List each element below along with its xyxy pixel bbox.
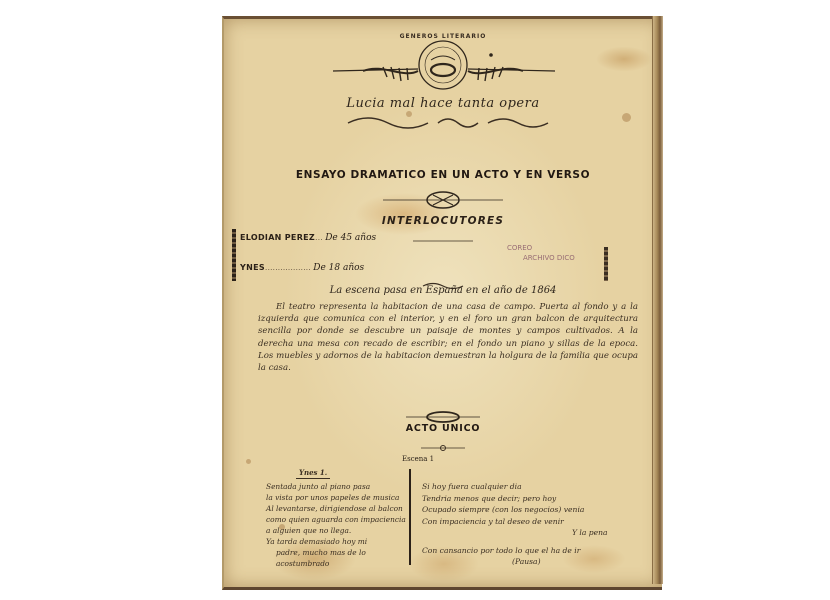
- cast-name: ELODIAN PEREZ: [240, 233, 315, 242]
- document-viewer: GENEROS LITERARIO Lucia mal hace tanta o…: [0, 0, 830, 600]
- cast-name: YNES: [240, 263, 265, 272]
- motto-text: Lucia mal hace tanta opera: [224, 96, 662, 111]
- cast-bracket: [232, 229, 236, 281]
- cast-age: De 18 años: [313, 263, 364, 273]
- ornamental-seal-icon: GENEROS LITERARIO: [224, 27, 662, 97]
- archive-stamp: COREO ARCHIVO DICO: [507, 243, 575, 263]
- act-underline-icon: [224, 437, 662, 456]
- cast-heading: INTERLOCUTORES: [224, 215, 662, 227]
- play-title: ENSAYO DRAMATICO EN UN ACTO Y EN VERSO: [224, 169, 662, 181]
- cast-member-2: YNES.................. De 18 años: [240, 263, 364, 273]
- stain-spot: [246, 459, 251, 464]
- column-divider: [409, 469, 411, 565]
- dialogue-right-column: Si hoy fuera cualquier dia Tendria menos…: [422, 481, 644, 568]
- cast-age: De 45 años: [325, 233, 376, 243]
- act-title: ACTO UNICO: [224, 423, 662, 434]
- emblem-arc-text: GENEROS LITERARIO: [224, 33, 662, 40]
- ornament-divider-icon: [224, 189, 662, 215]
- page-edge: [652, 16, 663, 584]
- stage-direction-paragraph: El teatro representa la habitacion de un…: [258, 301, 638, 374]
- calligraphic-flourish-icon: [224, 115, 662, 135]
- manuscript-page: GENEROS LITERARIO Lucia mal hace tanta o…: [222, 16, 662, 590]
- cast-member-1: ELODIAN PEREZ... De 45 años: [240, 233, 376, 243]
- scene-label: Escena 1: [402, 455, 434, 463]
- scene-setting-note: La escena pasa en España en el año de 18…: [224, 285, 662, 296]
- dialogue-left-column: Ynes 1. Sentada junto al piano pasa la v…: [266, 467, 406, 569]
- speaker-label: Ynes 1.: [296, 467, 330, 479]
